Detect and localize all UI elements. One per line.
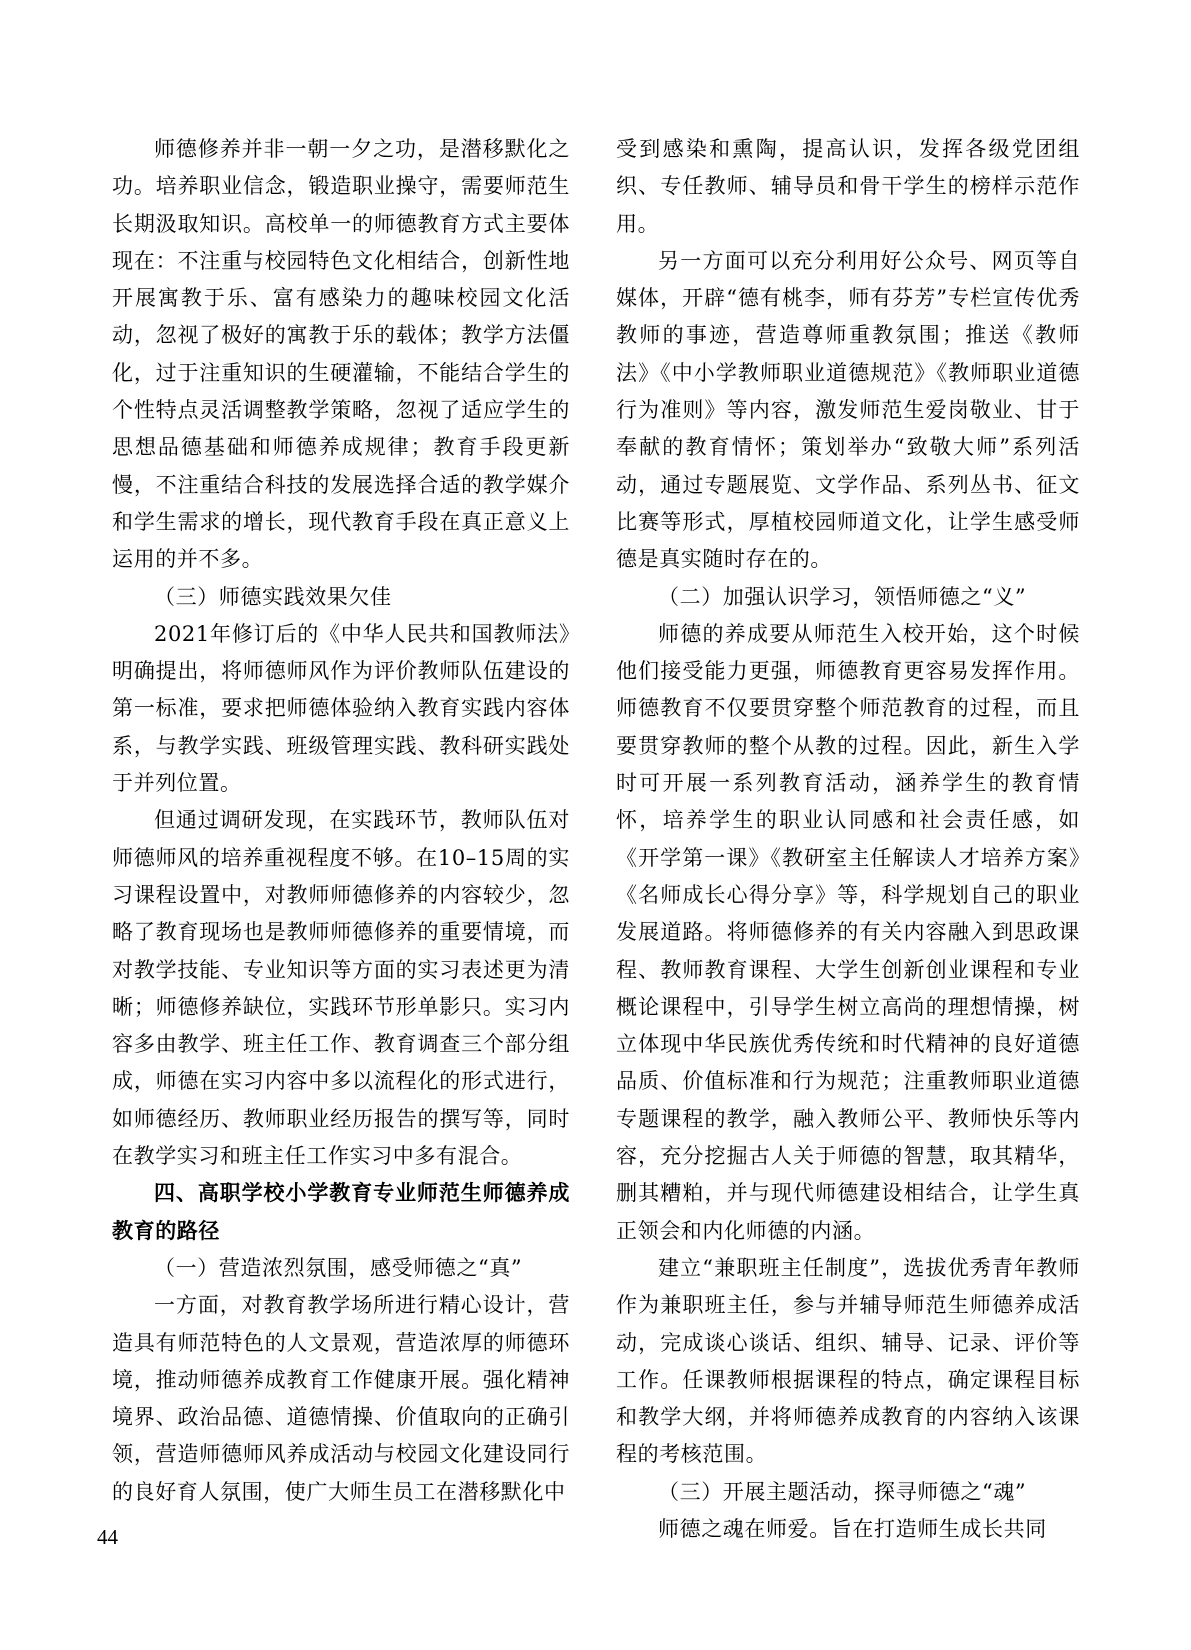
body-paragraph: 受到感染和熏陶，提高认识，发挥各级党团组织、专任教师、辅导员和骨干学生的榜样示范… (616, 131, 1080, 243)
subsection-heading: （三）师德实践效果欠佳 (112, 579, 570, 616)
right-column: 受到感染和熏陶，提高认识，发挥各级党团组织、专任教师、辅导员和骨干学生的榜样示范… (616, 131, 1080, 1548)
left-column: 师德修养并非一朝一夕之功，是潜移默化之功。培养职业信念，锻造职业操守，需要师范生… (112, 131, 570, 1511)
subsection-heading: （一）营造浓烈氛围，感受师德之“真” (112, 1250, 570, 1287)
page-number: 44 (97, 1522, 118, 1552)
body-paragraph: 2021年修订后的《中华人民共和国教师法》明确提出，将师德师风作为评价教师队伍建… (112, 616, 570, 802)
body-paragraph: 师德修养并非一朝一夕之功，是潜移默化之功。培养职业信念，锻造职业操守，需要师范生… (112, 131, 570, 579)
section-heading: 四、高职学校小学教育专业师范生师德养成教育的路径 (112, 1175, 570, 1250)
body-paragraph: 一方面，对教育教学场所进行精心设计，营造具有师范特色的人文景观，营造浓厚的师德环… (112, 1287, 570, 1511)
body-paragraph: 师德之魂在师爱。旨在打造师生成长共同 (616, 1511, 1080, 1548)
journal-page: 师德修养并非一朝一夕之功，是潜移默化之功。培养职业信念，锻造职业操守，需要师范生… (0, 0, 1191, 1650)
body-paragraph: 师德的养成要从师范生入校开始，这个时候他们接受能力更强，师德教育更容易发挥作用。… (616, 616, 1080, 1250)
body-paragraph: 另一方面可以充分利用好公众号、网页等自媒体，开辟“德有桃李，师有芬芳”专栏宣传优… (616, 243, 1080, 579)
subsection-heading: （三）开展主题活动，探寻师德之“魂” (616, 1474, 1080, 1511)
body-paragraph: 建立“兼职班主任制度”，选拔优秀青年教师作为兼职班主任，参与并辅导师范生师德养成… (616, 1250, 1080, 1474)
body-paragraph: 但通过调研发现，在实践环节，教师队伍对师德师风的培养重视程度不够。在10–15周… (112, 802, 570, 1175)
subsection-heading: （二）加强认识学习，领悟师德之“义” (616, 579, 1080, 616)
